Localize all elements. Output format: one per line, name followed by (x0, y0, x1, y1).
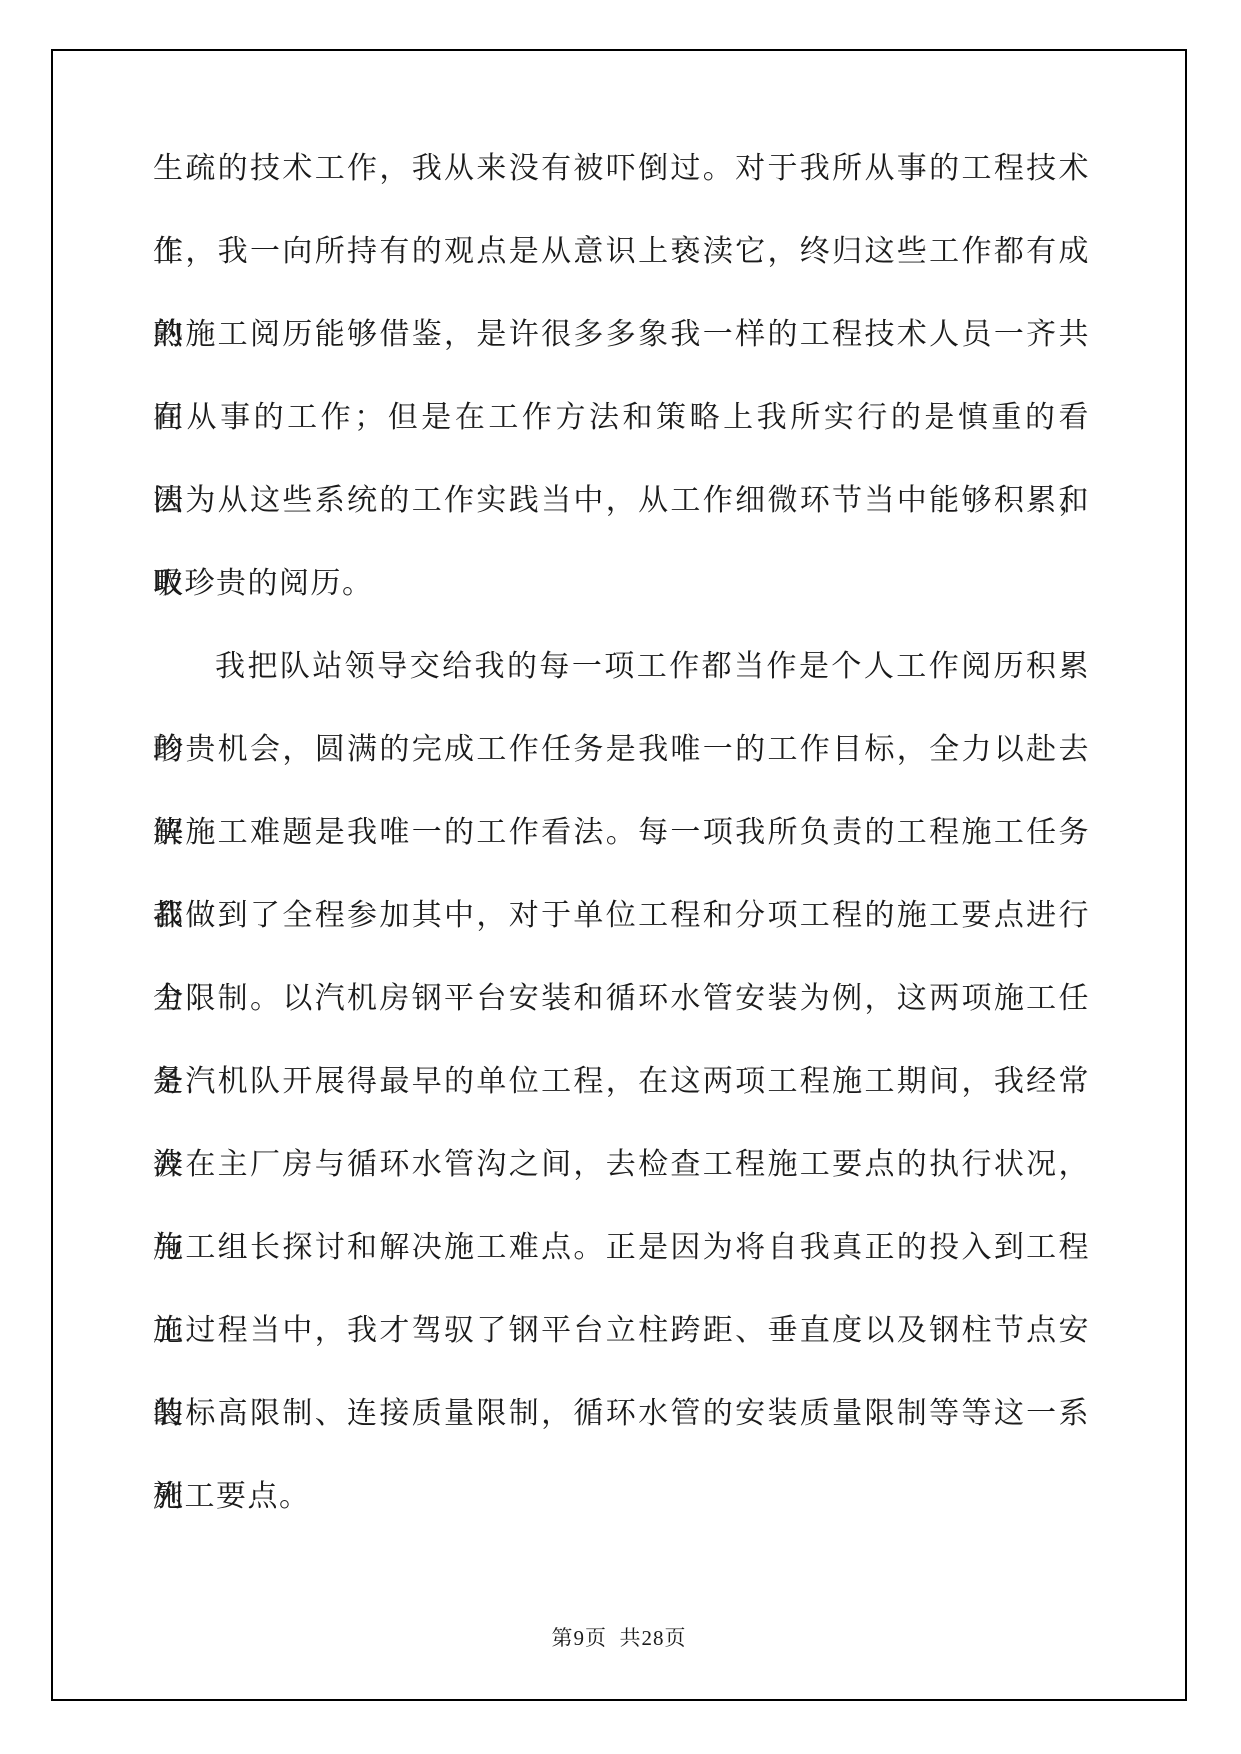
text-line: 是汽机队开展得最早的单位工程，在这两项工程施工期间，我经常奔 (153, 1040, 1090, 1123)
text-line: 都做到了全程参加其中，对于单位工程和分项工程的施工要点进行全 (153, 874, 1090, 957)
text-line paragraph-end: 施工要点。 (153, 1455, 1090, 1538)
text-line: 波在主厂房与循环水管沟之间，去检查工程施工要点的执行状况，与 (153, 1123, 1090, 1206)
text-line: 的标高限制、连接质量限制，循环水管的安装质量限制等等这一系列 (153, 1372, 1090, 1455)
document-text: 生疏的技术工作，我从来没有被吓倒过。对于我所从事的工程技术工 作，我一向所持有的… (153, 127, 1090, 1538)
text-line: 施工组长探讨和解决施工难点。正是因为将自我真正的投入到工程施 (153, 1206, 1090, 1289)
text-line paragraph-start: 我把队站领导交给我的每一项工作都当作是个人工作阅历积累的 (153, 625, 1090, 708)
text-line: 因为从这些系统的工作实践当中，从工作细微环节当中能够积累和吸 (153, 459, 1090, 542)
text-line: 力限制。以汽机房钢平台安装和循环水管安装为例，这两项施工任务 (153, 957, 1090, 1040)
page-footer: 第9页 共28页 (51, 1622, 1187, 1654)
document-page: 生疏的技术工作，我从来没有被吓倒过。对于我所从事的工程技术工 作，我一向所持有的… (0, 0, 1241, 1754)
text-line: 珍贵机会，圆满的完成工作任务是我唯一的工作目标，全力以赴去解 (153, 708, 1090, 791)
text-line: 工过程当中，我才驾驭了钢平台立柱跨距、垂直度以及钢柱节点安装 (153, 1289, 1090, 1372)
text-line: 在从事的工作；但是在工作方法和策略上我所实行的是慎重的看法， (153, 376, 1090, 459)
text-line: 作，我一向所持有的观点是从意识上亵渎它，终归这些工作都有成熟 (153, 210, 1090, 293)
text-line paragraph-end: 取珍贵的阅历。 (153, 542, 1090, 625)
text-line: 的施工阅历能够借鉴，是许很多多象我一样的工程技术人员一齐共同 (153, 293, 1090, 376)
text-line: 决施工难题是我唯一的工作看法。每一项我所负责的工程施工任务我 (153, 791, 1090, 874)
text-line: 生疏的技术工作，我从来没有被吓倒过。对于我所从事的工程技术工 (153, 127, 1090, 210)
